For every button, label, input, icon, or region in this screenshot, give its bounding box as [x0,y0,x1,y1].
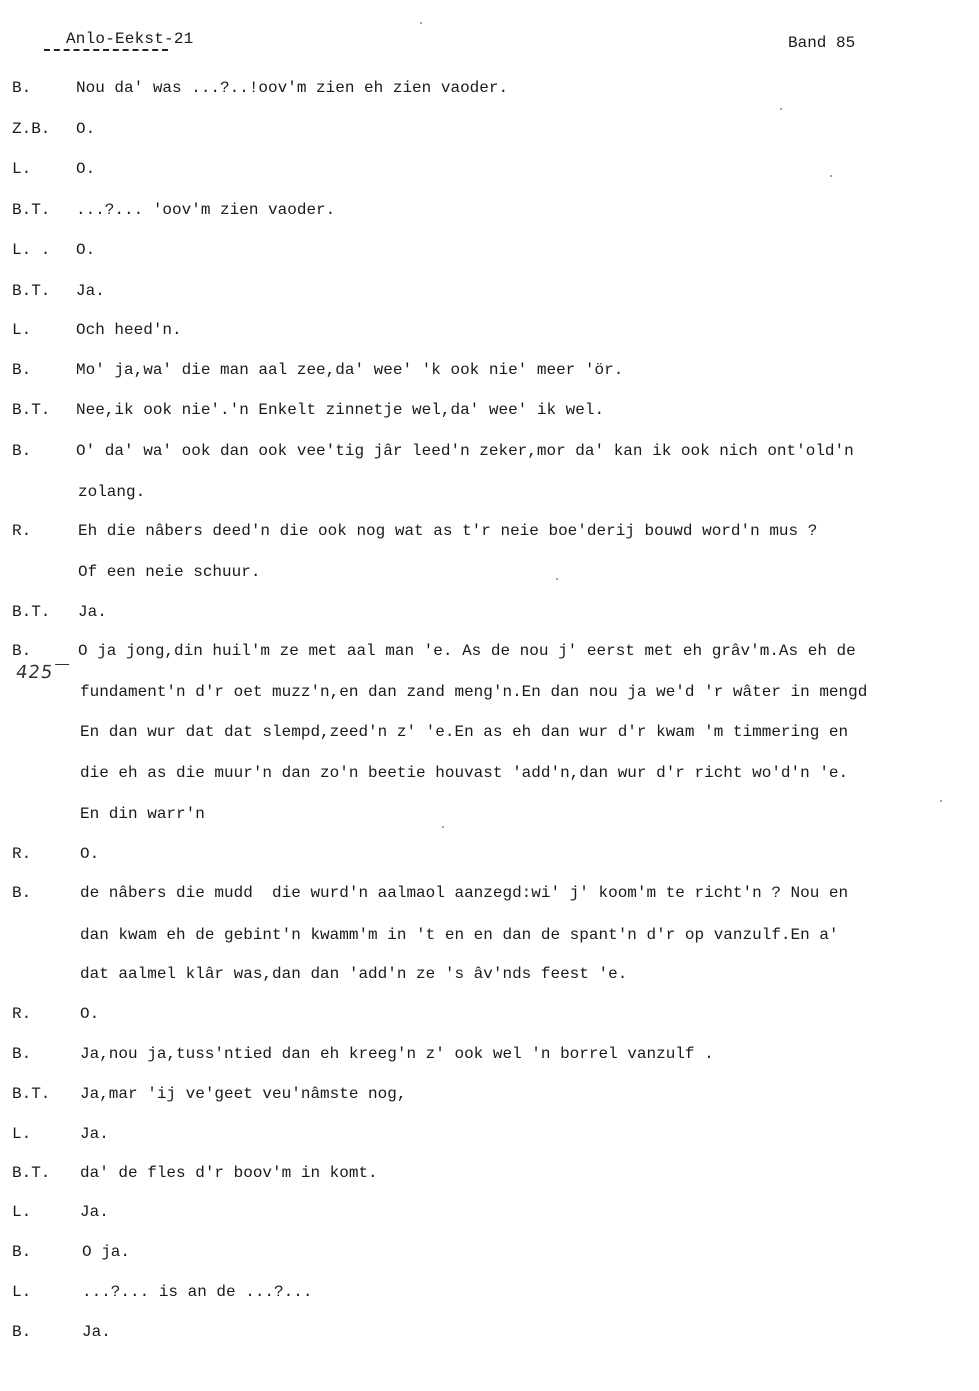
utterance-line: da' de fles d'r boov'm in komt. [80,1163,378,1183]
speaker-label: B. [12,641,31,661]
utterance-line: Och heed'n. [76,320,182,340]
utterance-line: Ja. [78,602,107,622]
speaker-label: Z.B. [12,119,50,139]
utterance-line: O. [80,844,99,864]
speaker-label: L. . [12,240,50,260]
utterance-line: O ja. [82,1242,130,1262]
utterance-line: O. [76,119,95,139]
utterance-line: ...?... 'oov'm zien vaoder. [76,200,335,220]
speaker-label: L. [12,320,31,340]
utterance-line: Of een neie schuur. [78,562,260,582]
utterance-line: Mo' ja,wa' die man aal zee,da' wee' 'k o… [76,360,623,380]
scan-speck [556,578,558,580]
utterance-line: dat aalmel klâr was,dan dan 'add'n ze 's… [80,964,627,984]
utterance-line: O. [76,159,95,179]
speaker-label: B.T. [12,281,50,301]
utterance-line: O' da' wa' ook dan ook vee'tig jâr leed'… [76,441,854,461]
utterance-line: die eh as die muur'n dan zo'n beetie hou… [80,763,848,783]
utterance-line: O. [80,1004,99,1024]
utterance-line: fundament'n d'r oet muzz'n,en dan zand m… [80,682,867,702]
speaker-label: R. [12,521,31,541]
document-id: Anlo-Eekst-21 [66,30,193,48]
scan-speck [420,22,422,24]
speaker-label: R. [12,1004,31,1024]
scan-speck [830,175,832,177]
utterance-line: Nou da' was ...?..!oov'm zien eh zien va… [76,78,508,98]
speaker-label: B. [12,360,31,380]
speaker-label: L. [12,1124,31,1144]
speaker-label: L. [12,159,31,179]
speaker-label: B.T. [12,400,50,420]
speaker-label: B. [12,883,31,903]
transcript-page: Anlo-Eekst-21 Band 85 425 B. Nou da' was… [0,0,979,1391]
utterance-line: Ja,mar 'ij ve'geet veu'nâmste nog, [80,1084,406,1104]
tape-label: Band 85 [788,34,855,52]
utterance-line: Ja. [82,1322,111,1342]
speaker-label: L. [12,1202,31,1222]
speaker-label: B. [12,1242,31,1262]
utterance-line: Eh die nâbers deed'n die ook nog wat as … [78,521,817,541]
utterance-line: Ja. [80,1124,109,1144]
utterance-line: ...?... is an de ...?... [82,1282,312,1302]
speaker-label: R. [12,844,31,864]
speaker-label: B.T. [12,602,50,622]
utterance-line: Nee,ik ook nie'.'n Enkelt zinnetje wel,d… [76,400,604,420]
scan-speck [940,800,942,802]
scan-speck [780,108,782,110]
utterance-line: Ja. [80,1202,109,1222]
utterance-line: de nâbers die mudd die wurd'n aalmaol aa… [80,883,848,903]
speaker-label: B.T. [12,1163,50,1183]
speaker-label: L. [12,1282,31,1302]
utterance-line: zolang. [78,482,145,502]
utterance-line: dan kwam eh de gebint'n kwamm'm in 't en… [80,925,839,945]
utterance-line: O ja jong,din huil'm ze met aal man 'e. … [78,641,856,661]
utterance-line: Ja. [76,281,105,301]
speaker-label: B.T. [12,200,50,220]
utterance-line: En dan wur dat dat slempd,zeed'n z' 'e.E… [80,722,848,742]
speaker-label: B. [12,1322,31,1342]
utterance-line: O. [76,240,95,260]
utterance-line: En din warr'n [80,804,205,824]
document-id-underline [44,49,168,51]
speaker-label: B. [12,1044,31,1064]
scan-speck [442,826,444,828]
handwritten-margin-note: 425 [15,662,55,683]
speaker-label: B. [12,441,31,461]
utterance-line: Ja,nou ja,tuss'ntied dan eh kreeg'n z' o… [80,1044,714,1064]
speaker-label: B. [12,78,31,98]
speaker-label: B.T. [12,1084,50,1104]
